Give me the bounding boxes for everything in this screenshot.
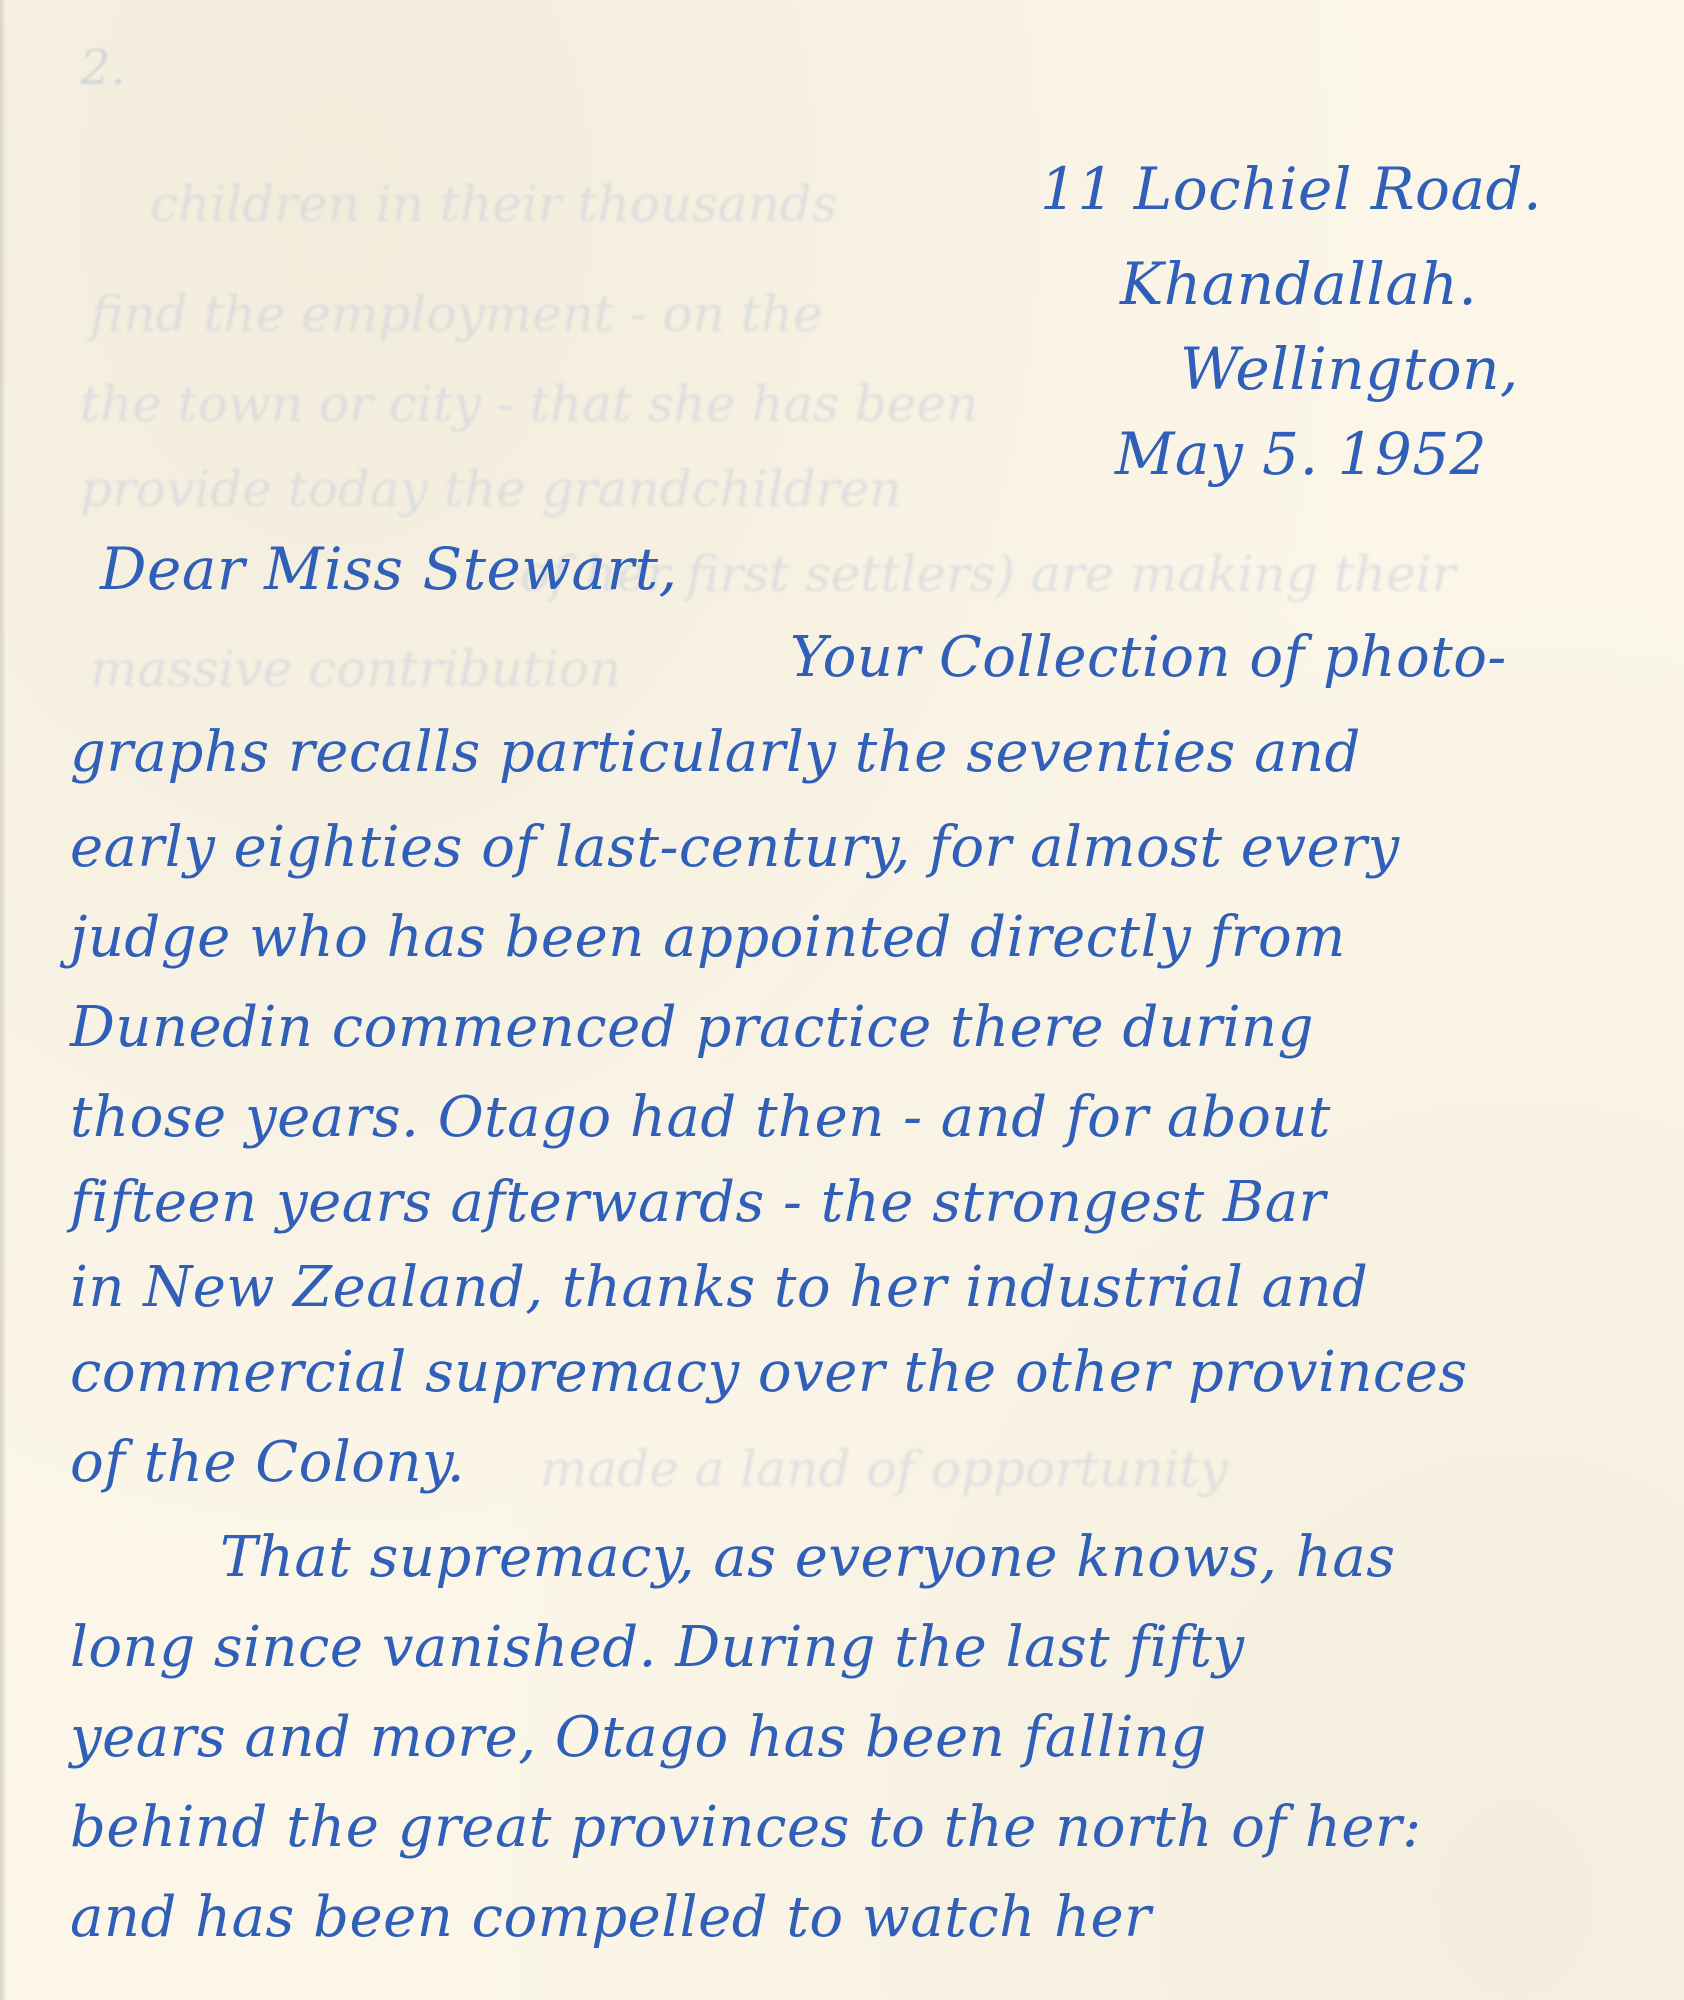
address-line-3: Wellington, <box>1180 335 1519 403</box>
body-line: and has been compelled to watch her <box>70 1885 1151 1950</box>
body-line: behind the great provinces to the north … <box>70 1795 1422 1860</box>
show-through-text: provide today the grandchildren <box>80 460 901 518</box>
body-line: judge who has been appointed directly fr… <box>70 905 1346 970</box>
show-through-text: massive contribution <box>90 640 621 698</box>
body-line: of the Colony. <box>70 1430 465 1495</box>
body-line: Your Collection of photo- <box>790 625 1507 690</box>
body-line: early eighties of last-century, for almo… <box>70 815 1400 880</box>
body-line: Dunedin commenced practice there during <box>70 995 1314 1060</box>
body-line: fifteen years afterwards - the strongest… <box>70 1170 1326 1235</box>
show-through-text: the town or city - that she has been <box>80 375 978 433</box>
address-line-2: Khandallah. <box>1120 250 1477 318</box>
body-line: long since vanished. During the last fif… <box>70 1615 1244 1680</box>
show-through-text: children in their thousands <box>150 175 837 233</box>
salutation: Dear Miss Stewart, <box>100 535 678 603</box>
address-line-1: 11 Lochiel Road. <box>1040 155 1542 223</box>
body-line: graphs recalls particularly the seventie… <box>70 720 1361 785</box>
page-edge <box>0 0 6 2000</box>
letter-date: May 5. 1952 <box>1115 420 1487 488</box>
show-through-text: find the employment - on the <box>90 285 823 343</box>
page-number: 2. <box>80 40 126 96</box>
body-line: in New Zealand, thanks to her industrial… <box>70 1255 1368 1320</box>
body-line: commercial supremacy over the other prov… <box>70 1340 1468 1405</box>
body-line: years and more, Otago has been falling <box>70 1705 1207 1770</box>
body-line: those years. Otago had then - and for ab… <box>70 1085 1331 1150</box>
show-through-text: made a land of opportunity <box>540 1440 1228 1498</box>
body-line: That supremacy, as everyone knows, has <box>220 1525 1395 1590</box>
letter-page: 2. children in their thousands find the … <box>0 0 1684 2000</box>
